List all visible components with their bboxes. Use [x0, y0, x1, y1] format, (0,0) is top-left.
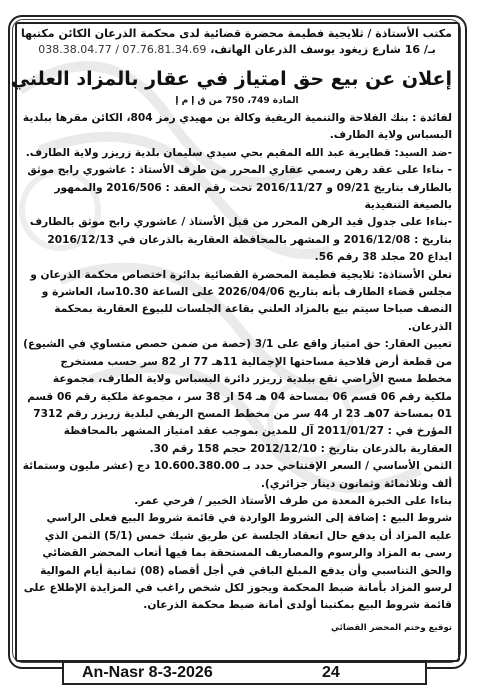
- phone-numbers: 038.38.04.77 / 07.76.81.34.69: [38, 43, 206, 56]
- office-header: مكتب الأستاذة / ثلايجية فطيمة محضرة قضائ…: [22, 26, 452, 42]
- publication-date: An-Nasr 8-3-2026: [82, 664, 213, 682]
- article-reference: المادة 749، 750 من ق إ م إ: [22, 94, 452, 108]
- notice-body: لفائدة : بنك الفلاحة والتنمية الريفية وك…: [22, 110, 452, 615]
- paragraph-auction-date: تعلن الأستاذة: ثلايجية فطيمة المحضرة الق…: [22, 267, 452, 337]
- paragraph-beneficiary: لفائدة : بنك الفلاحة والتنمية الريفية وك…: [22, 110, 452, 145]
- notice-title: إعلان عن بيع حق امتياز في عقار بالمزاد ا…: [22, 64, 452, 94]
- page-number: 24: [322, 664, 340, 682]
- signature-line: توقيع وختم المحضر القضائي: [22, 623, 452, 633]
- address-line: بـ/ 16 شارع زيغود يوسف الذرعان الهاتف، 0…: [22, 42, 452, 58]
- paragraph-starting-price: الثمن الأساسي / السعر الإفتتاحي حدد بـ 1…: [22, 458, 452, 493]
- paragraph-mortgage-deed: - بناءا على عقد رهن رسمي عقاري المحرر من…: [22, 162, 452, 214]
- paragraph-sale-conditions: شروط البيع : إضافة إلى الشروط الواردة في…: [22, 510, 452, 614]
- legal-notice: مكتب الأستاذة / ثلايجية فطيمة محضرة قضائ…: [22, 26, 452, 633]
- paragraph-property-description: تعيين العقار: حق امتياز واقع على 3/1 (حص…: [22, 336, 452, 458]
- publication-footer: An-Nasr 8-3-2026 24: [62, 661, 427, 685]
- paragraph-mortgage-registration: -بناءا على جدول قيد الرهن المحرر من قبل …: [22, 214, 452, 266]
- paragraph-expert-valuation: بناءا على الخبرة المعدة من طرف الأستاذ ا…: [22, 493, 452, 510]
- paragraph-debtor: -ضد السيد: قطايرية عبد الله المقيم بحي س…: [22, 145, 452, 162]
- address-text: بـ/ 16 شارع زيغود يوسف الذرعان الهاتف،: [210, 43, 436, 56]
